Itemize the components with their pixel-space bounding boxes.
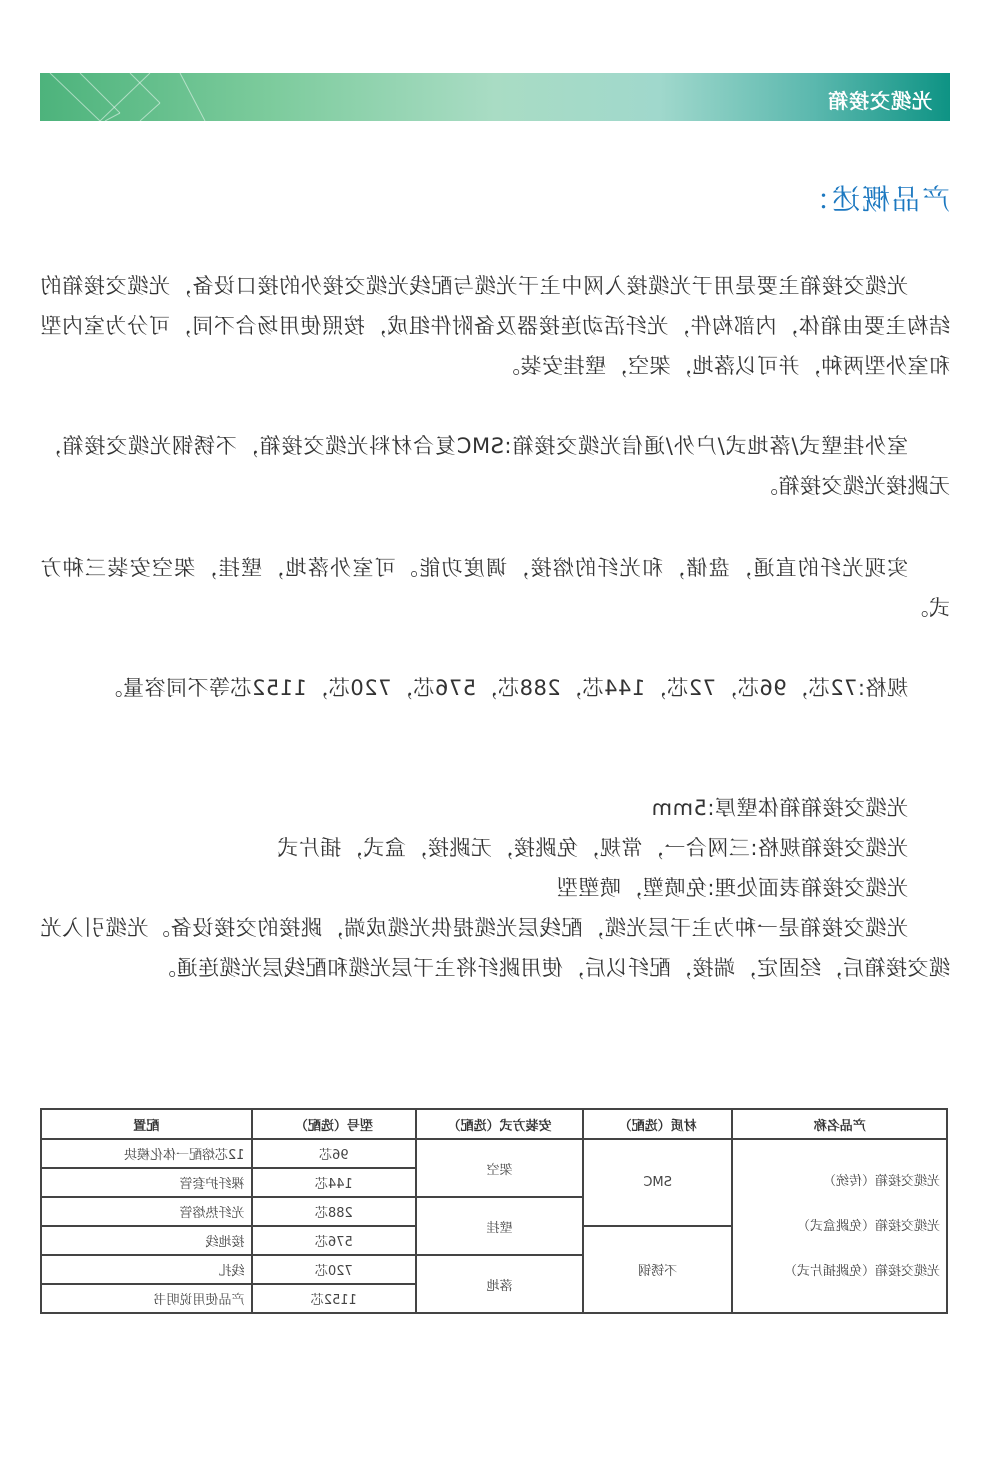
- model-cell: 576芯: [252, 1226, 417, 1255]
- header-model: 型号（选配）: [252, 1109, 417, 1139]
- paragraph-overview: 光缆交接箱主要是用于光缆接入网中主干光缆与配线光缆交接外的接口设备，光缆交接箱的…: [40, 266, 950, 386]
- paragraph-text: 光缆交接箱主要是用于光缆接入网中主干光缆与配线光缆交接外的接口设备，光缆交接箱的…: [40, 266, 950, 386]
- spec-description: 光缆交接箱是一种为主干层光缆，配线层光缆提供光缆成端，跳接的交接设备。光缆引入光…: [40, 908, 950, 988]
- install-cell: 壁挂: [416, 1197, 583, 1255]
- model-cell: 96芯: [252, 1139, 417, 1168]
- paragraph-functions: 实现光纤的直通，盘储，和光纤的熔接，调度功能。可室外落地，壁挂，架空安装三种方式…: [40, 548, 950, 628]
- model-cell: 720芯: [252, 1255, 417, 1284]
- header-product-name: 产品名称: [733, 1109, 948, 1139]
- header-install: 安装方式（选配）: [416, 1109, 583, 1139]
- config-cell: 光纤热熔管: [41, 1197, 252, 1226]
- banner-title: 光缆交接箱: [827, 85, 932, 114]
- material-cell: 不锈钢: [583, 1226, 733, 1313]
- model-cell: 1152芯: [252, 1284, 417, 1313]
- model-cell: 144芯: [252, 1168, 417, 1197]
- spec-list: 光缆交接箱箱体壁厚:5mm 光缆交接箱规格:三网合一，常规，免跳接，无跳接，盒式…: [40, 788, 950, 988]
- paragraph-text: 规格:72芯，96芯，72芯，144芯，288芯，576芯，720芯，1152芯…: [40, 668, 950, 708]
- header-banner: 光缆交接箱: [40, 73, 950, 121]
- header-config: 配置: [41, 1109, 252, 1139]
- paragraph-text: 室外挂壁式/落地式/户外/通信光缆交接箱:SMC复合材料光缆交接箱，不锈钢光缆交…: [40, 426, 950, 506]
- material-cell: SMC: [583, 1139, 733, 1226]
- product-name: 光缆交接箱（传统）: [740, 1159, 941, 1204]
- product-name: 光缆交接箱（免跳盒式）: [740, 1204, 941, 1249]
- config-cell: 接地线: [41, 1226, 252, 1255]
- spec-surface: 光缆交接箱表面处理:免喷塑，喷塑型: [40, 868, 950, 908]
- section-title: 产品概述：: [800, 178, 950, 218]
- paragraph-text: 实现光纤的直通，盘储，和光纤的熔接，调度功能。可室外落地，壁挂，架空安装三种方式…: [40, 548, 950, 628]
- spec-wall-thickness: 光缆交接箱箱体壁厚:5mm: [40, 788, 950, 828]
- config-cell: 12芯熔配一体化模块: [41, 1139, 252, 1168]
- paragraph-capacity: 规格:72芯，96芯，72芯，144芯，288芯，576芯，720芯，1152芯…: [40, 668, 950, 708]
- config-cell: 裸纤护套管: [41, 1168, 252, 1197]
- table-header-row: 产品名称 材质（选配） 安装方式（选配） 型号（选配） 配置: [41, 1109, 947, 1139]
- spec-types: 光缆交接箱规格:三网合一，常规，免跳接，无跳接，盒式，插片式: [40, 828, 950, 868]
- spec-table: 产品名称 材质（选配） 安装方式（选配） 型号（选配） 配置 光缆交接箱（传统）…: [40, 1108, 948, 1314]
- model-cell: 288芯: [252, 1197, 417, 1226]
- document-page: 光缆交接箱 产品概述： 光缆交接箱主要是用于光缆接入网中主干光缆与配线光缆交接外…: [0, 0, 990, 1472]
- paragraph-types: 室外挂壁式/落地式/户外/通信光缆交接箱:SMC复合材料光缆交接箱，不锈钢光缆交…: [40, 426, 950, 506]
- header-material: 材质（选配）: [583, 1109, 733, 1139]
- product-name: 光缆交接箱（免跳插片式）: [740, 1249, 941, 1294]
- install-cell: 落地: [416, 1255, 583, 1313]
- table-row: 光缆交接箱（传统） 光缆交接箱（免跳盒式） 光缆交接箱（免跳插片式） SMC 架…: [41, 1139, 947, 1168]
- config-cell: 线扎: [41, 1255, 252, 1284]
- product-name-cell: 光缆交接箱（传统） 光缆交接箱（免跳盒式） 光缆交接箱（免跳插片式）: [733, 1139, 948, 1313]
- config-cell: 产品使用说明书: [41, 1284, 252, 1313]
- install-cell: 架空: [416, 1139, 583, 1197]
- decorative-lines-icon: [40, 73, 280, 121]
